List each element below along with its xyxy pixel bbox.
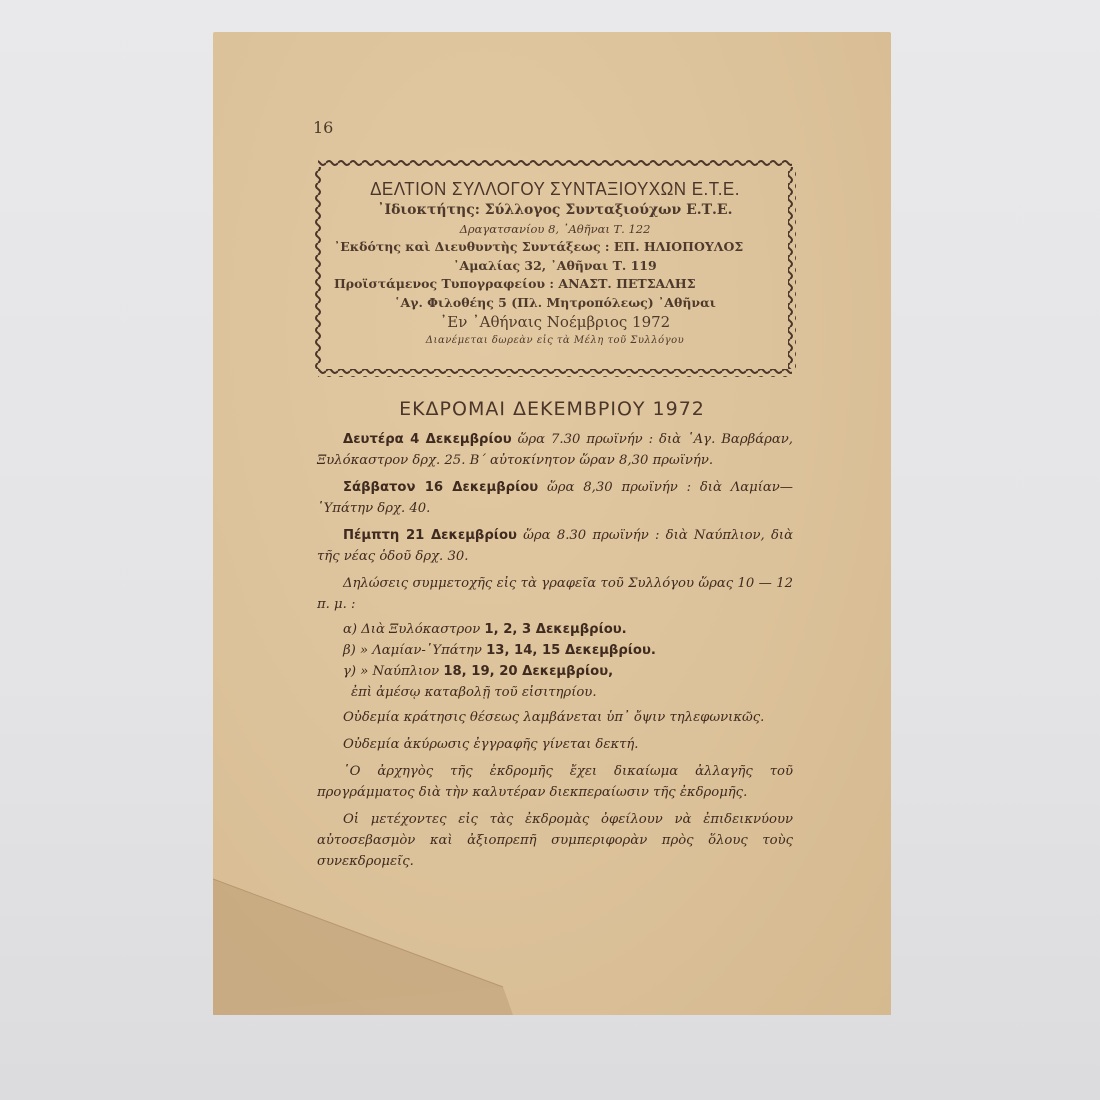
item-marker: γ) [343,664,356,679]
publisher-line: ᾿Εκδότης καὶ Διευθυντὴς Συντάξεως : ΕΠ. … [330,238,780,257]
item-dates: 13, 14, 15 Δεκεμβρίου. [486,643,656,658]
note-paragraph: ῾Ο ἀρχηγὸς τῆς ἐκδρομῆς ἔχει δικαίωμα ἀλ… [317,761,793,803]
registration-list: α) Διὰ Ξυλόκαστρον 1, 2, 3 Δεκεμβρίου. β… [343,619,793,703]
item-place: » Ναύπλιον [360,664,439,679]
item-place: » Λαμίαν-῾Υπάτην [360,643,482,658]
item-dates: 18, 19, 20 Δεκεμβρίου, [443,664,613,679]
registration-item: β) » Λαμίαν-῾Υπάτην 13, 14, 15 Δεκεμβρίο… [343,640,793,661]
item-marker: β) [343,643,356,658]
item-place: Διὰ Ξυλόκαστρον [361,622,480,637]
owner-line: ᾿Ιδιοκτήτης: Σύλλογος Συνταξιούχων Ε.Τ.Ε… [330,201,780,220]
owner-address: Δραγατσανίου 8, ᾿Αθῆναι Τ. 122 [330,220,780,239]
printer-address: ῾Αγ. Φιλοθέης 5 (Πλ. Μητροπόλεως) ᾿Αθῆνα… [330,294,780,313]
registration-item: α) Διὰ Ξυλόκαστρον 1, 2, 3 Δεκεμβρίου. [343,619,793,640]
publisher-address: ᾿Αμαλίας 32, ᾿Αθῆναι Τ. 119 [330,257,780,276]
bulletin-title: ΔΕΛΤΙΟΝ ΣΥΛΛΟΓΟΥ ΣΥΝΤΑΞΙΟΥΧΩΝ Ε.Τ.Ε. [348,177,762,201]
page-number: 16 [313,118,333,137]
article-body: Δευτέρα 4 Δεκεμβρίου ὥρα 7.30 πρωϊνήν : … [317,429,793,878]
registration-note: ἐπὶ ἀμέσῳ καταβολῇ τοῦ εἰσιτηρίου. [351,682,793,703]
trip-date: Πέμπτη 21 Δεκεμβρίου [343,528,517,543]
masthead-box: ΔΕΛΤΙΟΝ ΣΥΛΛΟΓΟΥ ΣΥΝΤΑΞΙΟΥΧΩΝ Ε.Τ.Ε. ᾿Ιδ… [314,159,796,377]
note-paragraph: Οὐδεμία ἀκύρωσις ἐγγραφῆς γίνεται δεκτή. [317,734,793,755]
registration-item: γ) » Ναύπλιον 18, 19, 20 Δεκεμβρίου, [343,661,793,682]
registration-intro: Δηλώσεις συμμετοχῆς εἰς τὰ γραφεῖα τοῦ Σ… [317,573,793,615]
trip-paragraph: Σάββατον 16 Δεκεμβρίου ὥρα 8,30 πρωϊνήν … [317,477,793,519]
trip-date: Σάββατον 16 Δεκεμβρίου [343,480,538,495]
issue-date: ᾿Εν ᾿Αθήναις Νοέμβριος 1972 [330,312,780,332]
trip-date: Δευτέρα 4 Δεκεμβρίου [343,432,512,447]
item-dates: 1, 2, 3 Δεκεμβρίου. [484,622,626,637]
note-paragraph: Οὐδεμία κράτησις θέσεως λαμβάνεται ὑπ᾿ ὄ… [317,707,793,728]
distribution-note: Διανέμεται δωρεὰν εἰς τὰ Μέλη τοῦ Συλλόγ… [330,332,780,350]
article-title: ΕΚΔΡΟΜΑΙ ΔΕΚΕΜΒΡΙΟΥ 1972 [213,398,891,420]
trip-paragraph: Δευτέρα 4 Δεκεμβρίου ὥρα 7.30 πρωϊνήν : … [317,429,793,471]
note-paragraph: Οἱ μετέχοντες εἰς τὰς ἐκδρομὰς ὀφείλουν … [317,809,793,872]
item-marker: α) [343,622,357,637]
trip-paragraph: Πέμπτη 21 Δεκεμβρίου ὥρα 8.30 πρωϊνήν : … [317,525,793,567]
printer-line: Προϊστάμενος Τυπογραφείου : ΑΝΑΣΤ. ΠΕΤΣΑ… [330,275,780,294]
document-page: 16 ΔΕΛΤΙΟΝ ΣΥΛΛΟΓΟΥ ΣΥΝΤΑΞΙΟΥΧΩΝ Ε.Τ.Ε. … [213,32,891,1015]
